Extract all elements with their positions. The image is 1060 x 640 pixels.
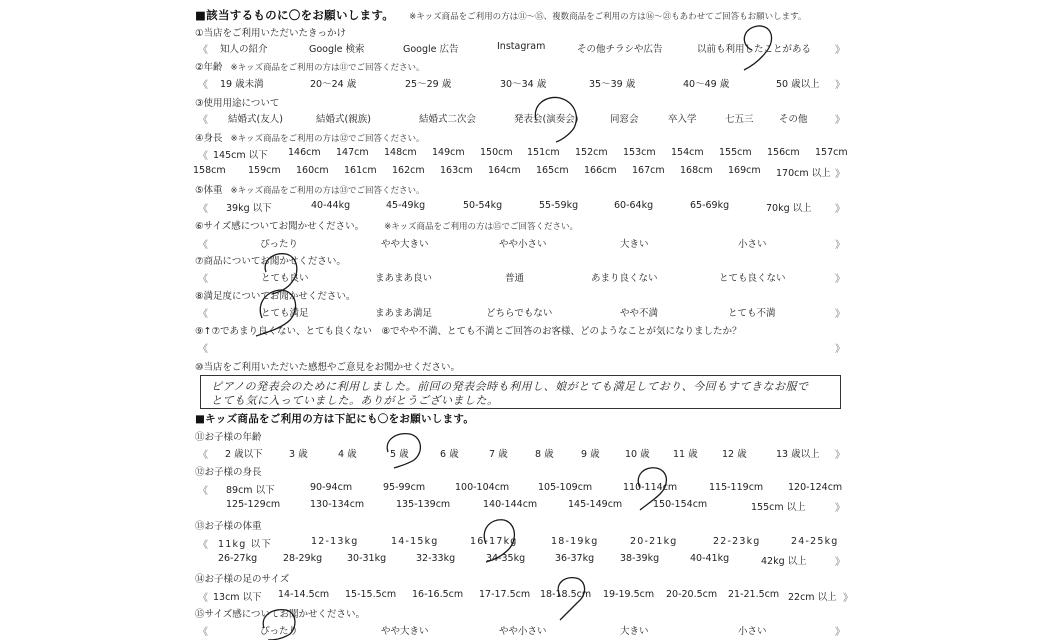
q4-option[interactable]: 145cm 以下 xyxy=(213,147,268,161)
q11-option[interactable]: 11 歳 xyxy=(673,446,698,460)
q12-option[interactable]: 115-119cm xyxy=(709,482,763,493)
bracket-close: 》 xyxy=(835,499,845,514)
q1-option[interactable]: その他チラシや広告 xyxy=(577,41,663,55)
q4-option[interactable]: 169cm xyxy=(728,165,761,176)
q5-option[interactable]: 60-64kg xyxy=(614,200,653,211)
q4-options-row2: 158cm 159cm 160cm 161cm 162cm 163cm 164c… xyxy=(193,165,853,179)
q11-option[interactable]: 7 歳 xyxy=(489,446,508,460)
q11-option[interactable]: 13 歳以上 xyxy=(776,446,820,460)
q12-option[interactable]: 145-149cm xyxy=(568,499,622,510)
q3-option[interactable]: 同窓会 xyxy=(610,111,639,125)
q13-option[interactable]: 38-39kg xyxy=(620,553,659,564)
q4-options-row1: 《 145cm 以下 146cm 147cm 148cm 149cm 150cm… xyxy=(193,147,853,161)
bracket-open: 《 xyxy=(198,340,208,355)
q4-option[interactable]: 168cm xyxy=(680,165,713,176)
q12-option[interactable]: 125-129cm xyxy=(226,499,280,510)
q7-option[interactable]: とても良くない xyxy=(719,270,786,284)
bracket-close: 》 xyxy=(835,200,845,215)
q3-option-selected[interactable]: 発表会(演奏会) xyxy=(514,111,578,125)
q13-option[interactable]: 32-33kg xyxy=(416,553,455,564)
bracket-close: 》 xyxy=(835,270,845,285)
q1-options: 《 知人の紹介 Google 検索 Google 広告 Instagram その… xyxy=(193,41,853,55)
q4-option[interactable]: 159cm xyxy=(248,165,281,176)
form-header: ■該当するものに〇をお願いします。 ※キッズ商品をご利用の方は⑪〜⑮、複数商品を… xyxy=(195,4,806,23)
q4-option[interactable]: 162cm xyxy=(392,165,425,176)
q3-option[interactable]: 七五三 xyxy=(725,111,754,125)
q8-options: 《 とても満足 まあまあ満足 どちらでもない やや不満 とても不満 》 xyxy=(193,305,853,319)
q11-option[interactable]: 8 歳 xyxy=(535,446,554,460)
q4-option[interactable]: 155cm xyxy=(719,147,752,158)
q12-label: ⑫お子様の身長 xyxy=(195,464,262,478)
q3-options: 《 結婚式(友人) 結婚式(親族) 結婚式二次会 発表会(演奏会) 同窓会 卒入… xyxy=(193,111,853,125)
q13-option[interactable]: 11kg 以下 xyxy=(218,536,272,550)
q4-option[interactable]: 158cm xyxy=(193,165,226,176)
q11-option[interactable]: 12 歳 xyxy=(722,446,747,460)
q5-label-text: ⑤体重 xyxy=(195,185,223,196)
q3-option[interactable]: その他 xyxy=(779,111,808,125)
q4-label-text: ④身長 xyxy=(195,133,223,144)
q12-option[interactable]: 90-94cm xyxy=(310,482,352,493)
q13-option[interactable]: 18-19kg xyxy=(551,536,599,547)
q5-option[interactable]: 65-69kg xyxy=(690,200,729,211)
q11-option[interactable]: 6 歳 xyxy=(440,446,459,460)
bracket-close: 》 xyxy=(835,165,845,180)
q4-option[interactable]: 163cm xyxy=(440,165,473,176)
q4-note: ※キッズ商品をご利用の方は⑫でご回答ください。 xyxy=(231,134,425,144)
bracket-close: 》 xyxy=(843,589,853,604)
bracket-close: 》 xyxy=(835,623,845,638)
bracket-open: 《 xyxy=(198,536,209,551)
bracket-close: 》 xyxy=(835,41,845,56)
q8-label: ⑧満足度についてお聞かせください。 xyxy=(195,288,355,302)
q12-options-row1: 《 89cm 以下 90-94cm 95-99cm 100-104cm 105-… xyxy=(193,482,853,496)
q13-option[interactable]: 22-23kg xyxy=(713,536,761,547)
q13-options-row1: 《 11kg 以下 12-13kg 14-15kg 16-17kg 18-19k… xyxy=(193,536,853,550)
q11-option[interactable]: 9 歳 xyxy=(581,446,600,460)
q13-option[interactable]: 24-25kg xyxy=(791,536,839,547)
q15-label: ⑮サイズ感についてお聞かせください。 xyxy=(195,606,365,620)
q14-option[interactable]: 15-15.5cm xyxy=(345,589,396,600)
q14-option[interactable]: 22cm 以上 xyxy=(788,589,837,603)
q14-option[interactable]: 21-21.5cm xyxy=(728,589,779,600)
q7-label: ⑦商品についてお聞かせください。 xyxy=(195,253,346,267)
q15-option-selected[interactable]: ぴったり xyxy=(260,623,298,637)
q8-option[interactable]: どちらでもない xyxy=(486,305,552,319)
q11-options: 《 2 歳以下 3 歳 4 歳 5 歳 6 歳 7 歳 8 歳 9 歳 10 歳… xyxy=(193,446,853,460)
q6-label-text: ⑥サイズ感についてお聞かせください。 xyxy=(195,221,364,232)
q14-option[interactable]: 20-20.5cm xyxy=(666,589,717,600)
q2-option[interactable]: 50 歳以上 xyxy=(776,76,820,90)
q14-options: 《 13cm 以下 14-14.5cm 15-15.5cm 16-16.5cm … xyxy=(193,589,853,603)
q15-option[interactable]: 小さい xyxy=(738,623,767,637)
q1-label: ①当店をご利用いただいたきっかけ xyxy=(195,25,346,39)
bracket-close: 》 xyxy=(835,76,845,91)
q1-option-selected[interactable]: 以前も利用したことがある xyxy=(697,41,811,55)
q2-option[interactable]: 30〜34 歳 xyxy=(500,76,546,90)
q8-option[interactable]: やや不満 xyxy=(620,305,658,319)
q4-label: ④身長※キッズ商品をご利用の方は⑫でご回答ください。 xyxy=(195,130,425,144)
form-title: ■該当するものに〇をお願いします。 xyxy=(195,8,394,22)
bracket-open: 《 xyxy=(198,200,208,215)
q2-option[interactable]: 25〜29 歳 xyxy=(405,76,451,90)
q6-option[interactable]: 大きい xyxy=(620,236,649,250)
q4-option[interactable]: 165cm xyxy=(536,165,569,176)
bracket-open: 《 xyxy=(198,446,208,461)
q2-label-text: ②年齢 xyxy=(195,62,223,73)
q4-option[interactable]: 157cm xyxy=(815,147,848,158)
q3-option[interactable]: 結婚式(親族) xyxy=(316,111,371,125)
q2-label: ②年齢※キッズ商品をご利用の方は⑪でご回答ください。 xyxy=(195,59,425,73)
q13-option[interactable]: 40-41kg xyxy=(690,553,729,564)
q14-option[interactable]: 17-17.5cm xyxy=(479,589,530,600)
q7-option[interactable]: まあまあ良い xyxy=(375,270,432,284)
q12-option[interactable]: 135-139cm xyxy=(396,499,450,510)
q5-option[interactable]: 50-54kg xyxy=(463,200,502,211)
bracket-close: 》 xyxy=(835,446,845,461)
q4-option[interactable]: 167cm xyxy=(632,165,665,176)
q13-option[interactable]: 36-37kg xyxy=(555,553,594,564)
q3-label: ③使用用途について xyxy=(195,95,279,109)
q3-option[interactable]: 卒入学 xyxy=(668,111,697,125)
q3-option[interactable]: 結婚式二次会 xyxy=(419,111,476,125)
q4-option[interactable]: 150cm xyxy=(480,147,513,158)
q12-option[interactable]: 120-124cm xyxy=(788,482,842,493)
q12-option[interactable]: 105-109cm xyxy=(538,482,592,493)
q4-option[interactable]: 170cm 以上 xyxy=(776,165,831,179)
q11-option[interactable]: 4 歳 xyxy=(338,446,357,460)
q5-option[interactable]: 55-59kg xyxy=(539,200,578,211)
q14-option-selected[interactable]: 18-18.5cm xyxy=(540,589,591,600)
q12-option[interactable]: 95-99cm xyxy=(383,482,425,493)
q13-option[interactable]: 26-27kg xyxy=(218,553,257,564)
survey-form: ■該当するものに〇をお願いします。 ※キッズ商品をご利用の方は⑪〜⑮、複数商品を… xyxy=(193,0,858,640)
form-header-note: ※キッズ商品をご利用の方は⑪〜⑮、複数商品をご利用の方は⑯〜㉑もあわせてご回答も… xyxy=(409,12,806,22)
q2-options: 《 19 歳未満 20〜24 歳 25〜29 歳 30〜34 歳 35〜39 歳… xyxy=(193,76,853,90)
q12-option-selected[interactable]: 110-114cm xyxy=(623,482,677,493)
q5-option[interactable]: 40-44kg xyxy=(311,200,350,211)
q13-option[interactable]: 12-13kg xyxy=(311,536,359,547)
q7-option[interactable]: 普通 xyxy=(505,270,524,284)
q4-option[interactable]: 149cm xyxy=(432,147,465,158)
q15-option[interactable]: やや小さい xyxy=(499,623,547,637)
q14-option[interactable]: 13cm 以下 xyxy=(213,589,262,603)
bracket-open: 《 xyxy=(198,111,208,126)
q13-option[interactable]: 20-21kg xyxy=(630,536,678,547)
q13-label: ⑬お子様の体重 xyxy=(195,518,262,532)
q12-option[interactable]: 155cm 以上 xyxy=(751,499,806,513)
q2-option[interactable]: 19 歳未満 xyxy=(220,76,264,90)
bracket-close: 》 xyxy=(835,236,845,251)
q12-option[interactable]: 100-104cm xyxy=(455,482,509,493)
q5-option[interactable]: 70kg 以上 xyxy=(766,200,812,214)
q15-options: 《 ぴったり やや大きい やや小さい 大きい 小さい 》 xyxy=(193,623,853,637)
q10-answer-line2: とても気に入っていました。ありがとうございました。 xyxy=(211,392,499,408)
q2-option[interactable]: 20〜24 歳 xyxy=(310,76,356,90)
q4-option[interactable]: 154cm xyxy=(671,147,704,158)
q4-option[interactable]: 147cm xyxy=(336,147,369,158)
q5-note: ※キッズ商品をご利用の方は⑬でご回答ください。 xyxy=(231,186,425,196)
q4-option[interactable]: 156cm xyxy=(767,147,800,158)
bracket-open: 《 xyxy=(198,589,208,604)
q8-option[interactable]: まあまあ満足 xyxy=(375,305,432,319)
bracket-open: 《 xyxy=(198,147,208,162)
q6-option[interactable]: やや小さい xyxy=(499,236,547,250)
q5-option[interactable]: 45-49kg xyxy=(386,200,425,211)
bracket-open: 《 xyxy=(198,623,208,638)
q2-option[interactable]: 35〜39 歳 xyxy=(589,76,635,90)
q8-option-selected[interactable]: とても満足 xyxy=(261,305,309,319)
q11-option-selected[interactable]: 5 歳 xyxy=(390,446,409,460)
q6-option[interactable]: 小さい xyxy=(738,236,767,250)
q6-options: 《 ぴったり やや大きい やや小さい 大きい 小さい 》 xyxy=(193,236,853,250)
q1-option[interactable]: 知人の紹介 xyxy=(220,41,268,55)
q14-option[interactable]: 19-19.5cm xyxy=(603,589,654,600)
q4-option[interactable]: 148cm xyxy=(384,147,417,158)
q4-option[interactable]: 153cm xyxy=(623,147,656,158)
q4-option[interactable]: 151cm xyxy=(527,147,560,158)
bracket-open: 《 xyxy=(198,41,208,56)
q12-option[interactable]: 150-154cm xyxy=(653,499,707,510)
bracket-open: 《 xyxy=(198,236,208,251)
q4-option[interactable]: 164cm xyxy=(488,165,521,176)
q11-option[interactable]: 10 歳 xyxy=(625,446,650,460)
q14-label: ⑭お子様の足のサイズ xyxy=(195,571,289,585)
q13-option[interactable]: 30-31kg xyxy=(347,553,386,564)
bracket-open: 《 xyxy=(198,270,208,285)
q9-answer-field[interactable]: 《 》 xyxy=(193,340,853,354)
q13-option[interactable]: 34-35kg xyxy=(486,553,525,564)
q13-option[interactable]: 14-15kg xyxy=(391,536,439,547)
bracket-close: 》 xyxy=(835,340,845,355)
q6-option[interactable]: ぴったり xyxy=(260,236,298,250)
bracket-open: 《 xyxy=(198,305,208,320)
q15-option[interactable]: やや大きい xyxy=(381,623,429,637)
bracket-close: 》 xyxy=(835,111,845,126)
q7-option-selected[interactable]: とても良い xyxy=(261,270,309,284)
q10-label: ⑩当店をご利用いただいた感想やご意見をお聞かせください。 xyxy=(195,359,460,373)
q5-label: ⑤体重※キッズ商品をご利用の方は⑬でご回答ください。 xyxy=(195,182,425,196)
q3-option[interactable]: 結婚式(友人) xyxy=(228,111,283,125)
q2-option[interactable]: 40〜49 歳 xyxy=(683,76,729,90)
q12-option[interactable]: 140-144cm xyxy=(483,499,537,510)
q6-note: ※キッズ商品をご利用の方は⑮でご回答ください。 xyxy=(384,222,578,232)
q4-option[interactable]: 161cm xyxy=(344,165,377,176)
bracket-open: 《 xyxy=(198,76,208,91)
q13-option[interactable]: 42kg 以上 xyxy=(761,553,807,567)
q5-options: 《 39kg 以下 40-44kg 45-49kg 50-54kg 55-59k… xyxy=(193,200,853,214)
q4-option[interactable]: 152cm xyxy=(575,147,608,158)
q8-option[interactable]: とても不満 xyxy=(728,305,776,319)
q13-option-selected[interactable]: 16-17kg xyxy=(470,536,518,547)
q11-label: ⑪お子様の年齢 xyxy=(195,429,262,443)
q12-option[interactable]: 89cm 以下 xyxy=(226,482,275,496)
bracket-close: 》 xyxy=(835,553,845,568)
q7-options: 《 とても良い まあまあ良い 普通 あまり良くない とても良くない 》 xyxy=(193,270,853,284)
q15-option[interactable]: 大きい xyxy=(620,623,649,637)
q4-option[interactable]: 146cm xyxy=(288,147,321,158)
q14-option[interactable]: 16-16.5cm xyxy=(412,589,463,600)
bracket-close: 》 xyxy=(835,305,845,320)
q13-option[interactable]: 28-29kg xyxy=(283,553,322,564)
q6-option[interactable]: やや大きい xyxy=(381,236,429,250)
q11-option[interactable]: 3 歳 xyxy=(289,446,308,460)
bracket-open: 《 xyxy=(198,482,208,497)
q4-option[interactable]: 160cm xyxy=(296,165,329,176)
q9-label: ⑨↑⑦であまり良くない、とても良くない ⑧でやや不満、とても不満とご回答のお客様… xyxy=(195,323,742,337)
q1-option[interactable]: Google 検索 xyxy=(309,41,365,55)
q11-option[interactable]: 2 歳以下 xyxy=(225,446,263,460)
q4-option[interactable]: 166cm xyxy=(584,165,617,176)
q12-option[interactable]: 130-134cm xyxy=(310,499,364,510)
q5-option[interactable]: 39kg 以下 xyxy=(226,200,272,214)
kids-section-title: ■キッズ商品をご利用の方は下記にも〇をお願いします。 xyxy=(195,411,474,426)
q12-options-row2: 125-129cm 130-134cm 135-139cm 140-144cm … xyxy=(193,499,853,513)
q7-option[interactable]: あまり良くない xyxy=(591,270,658,284)
q13-options-row2: 26-27kg 28-29kg 30-31kg 32-33kg 34-35kg … xyxy=(193,553,853,567)
q10-answer-box[interactable]: ピアノの発表会のために利用しました。前回の発表会時も利用し、娘がとても満足してお… xyxy=(200,375,841,409)
q1-option[interactable]: Instagram xyxy=(497,41,545,52)
q14-option[interactable]: 14-14.5cm xyxy=(278,589,329,600)
q6-label: ⑥サイズ感についてお聞かせください。※キッズ商品をご利用の方は⑮でご回答ください… xyxy=(195,218,578,232)
q2-note: ※キッズ商品をご利用の方は⑪でご回答ください。 xyxy=(231,63,425,73)
q1-option[interactable]: Google 広告 xyxy=(403,41,459,55)
